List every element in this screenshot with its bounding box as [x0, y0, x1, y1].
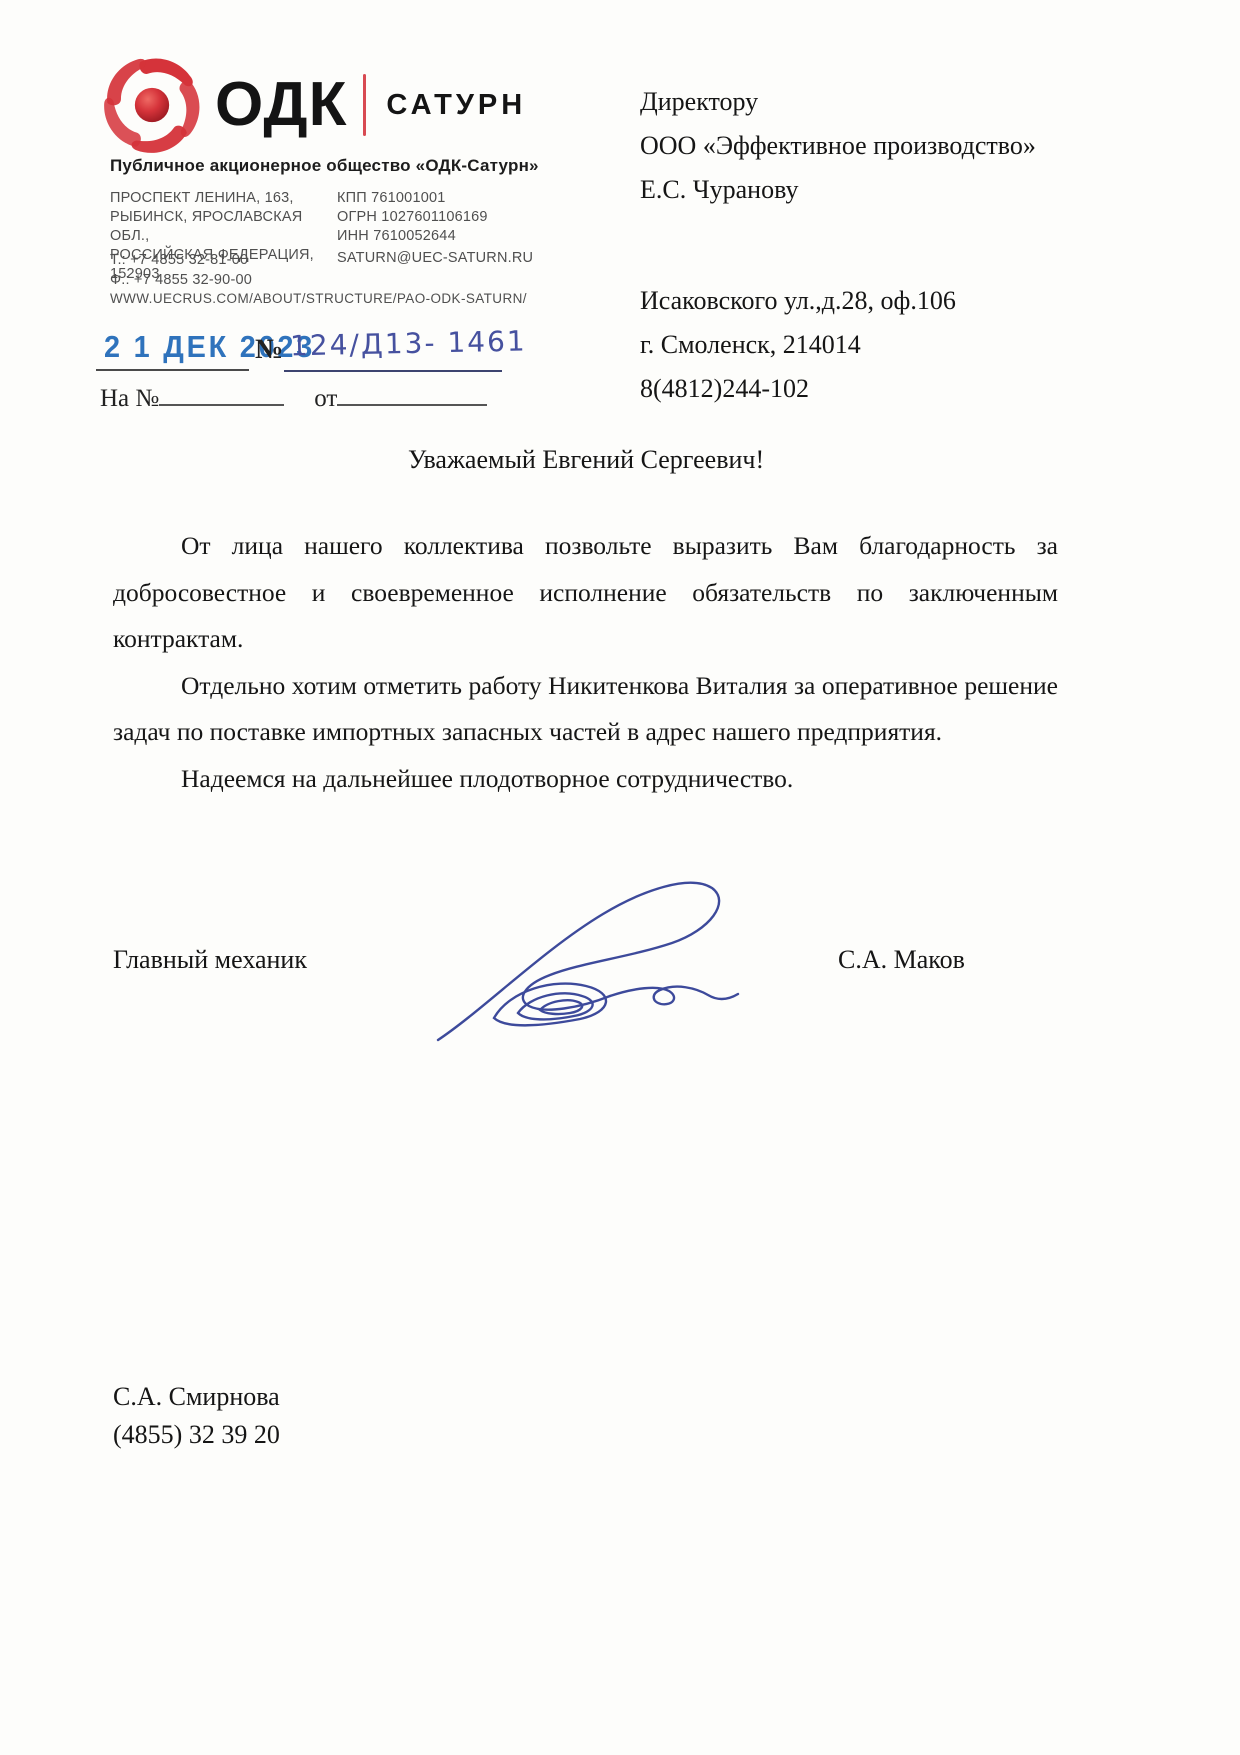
- phone-line: Т.: +7 4855 32-81-00: [110, 250, 252, 270]
- reply-date-blank: [337, 384, 487, 406]
- date-stamp-underline: [96, 369, 249, 371]
- fax-line: Ф.: +7 4855 32-90-00: [110, 270, 252, 290]
- reply-from-label: от: [314, 385, 337, 412]
- recipient-gap: [640, 212, 1036, 279]
- letter-body: От лица нашего коллектива позвольте выра…: [113, 523, 1058, 802]
- company-phones: Т.: +7 4855 32-81-00 Ф.: +7 4855 32-90-0…: [110, 250, 252, 290]
- paragraph: Надеемся на дальнейшее плодотворное сотр…: [113, 756, 1058, 803]
- number-sign: №: [255, 334, 283, 366]
- logo-saturn-text: САТУРН: [386, 91, 526, 120]
- paragraph: Отдельно хотим отметить работу Никитенко…: [113, 663, 1058, 756]
- logo-odk-text: ОДК: [215, 74, 347, 136]
- company-website: WWW.UECRUS.COM/ABOUT/STRUCTURE/PAO-ODK-S…: [110, 291, 527, 306]
- company-full-name: Публичное акционерное общество «ОДК-Сату…: [110, 156, 539, 176]
- date-stamp: 2 1 ДЕК 2023: [104, 329, 315, 365]
- reply-prefix: На №: [100, 385, 159, 412]
- paragraph: От лица нашего коллектива позвольте выра…: [113, 523, 1058, 663]
- executor-name: С.А. Смирнова: [113, 1378, 280, 1416]
- signer-name: С.А. Маков: [838, 945, 965, 975]
- address-line: ПРОСПЕКТ ЛЕНИНА, 163,: [110, 189, 337, 208]
- executor-contact: С.А. Смирнова (4855) 32 39 20: [113, 1378, 280, 1454]
- recipient-block: Директору ООО «Эффективное производство»…: [640, 80, 1036, 411]
- recipient-title: Директору: [640, 80, 1036, 124]
- recipient-person: Е.С. Чуранову: [640, 168, 1036, 212]
- salutation: Уважаемый Евгений Сергеевич!: [408, 445, 764, 475]
- recipient-company: ООО «Эффективное производство»: [640, 124, 1036, 168]
- reply-reference-row: На №от: [100, 384, 487, 413]
- recipient-phone: 8(4812)244-102: [640, 367, 1036, 411]
- recipient-city: г. Смоленск, 214014: [640, 323, 1036, 367]
- outgoing-number-handwritten: 124/Д13- 1461: [290, 325, 527, 363]
- outgoing-number-underline: [284, 370, 502, 372]
- handwritten-signature: [428, 862, 768, 1062]
- signer-position: Главный механик: [113, 945, 307, 975]
- executor-phone: (4855) 32 39 20: [113, 1416, 280, 1454]
- logo-divider: [363, 74, 366, 136]
- company-logo: ОДК САТУРН: [103, 56, 526, 154]
- kpp-line: КПП 761001001: [337, 189, 540, 208]
- letter-page: ОДК САТУРН Публичное акционерное обществ…: [0, 0, 1240, 1755]
- registration-numbers: КПП 761001001 ОГРН 1027601106169 ИНН 761…: [337, 189, 540, 284]
- saturn-swirl-icon: [103, 56, 201, 154]
- ogrn-line: ОГРН 1027601106169: [337, 208, 540, 227]
- company-email: SATURN@UEC-SATURN.RU: [337, 250, 533, 266]
- reply-number-blank: [159, 384, 284, 406]
- recipient-street: Исаковского ул.,д.28, оф.106: [640, 279, 1036, 323]
- address-line: РЫБИНСК, ЯРОСЛАВСКАЯ ОБЛ.,: [110, 208, 337, 246]
- inn-line: ИНН 7610052644: [337, 227, 540, 246]
